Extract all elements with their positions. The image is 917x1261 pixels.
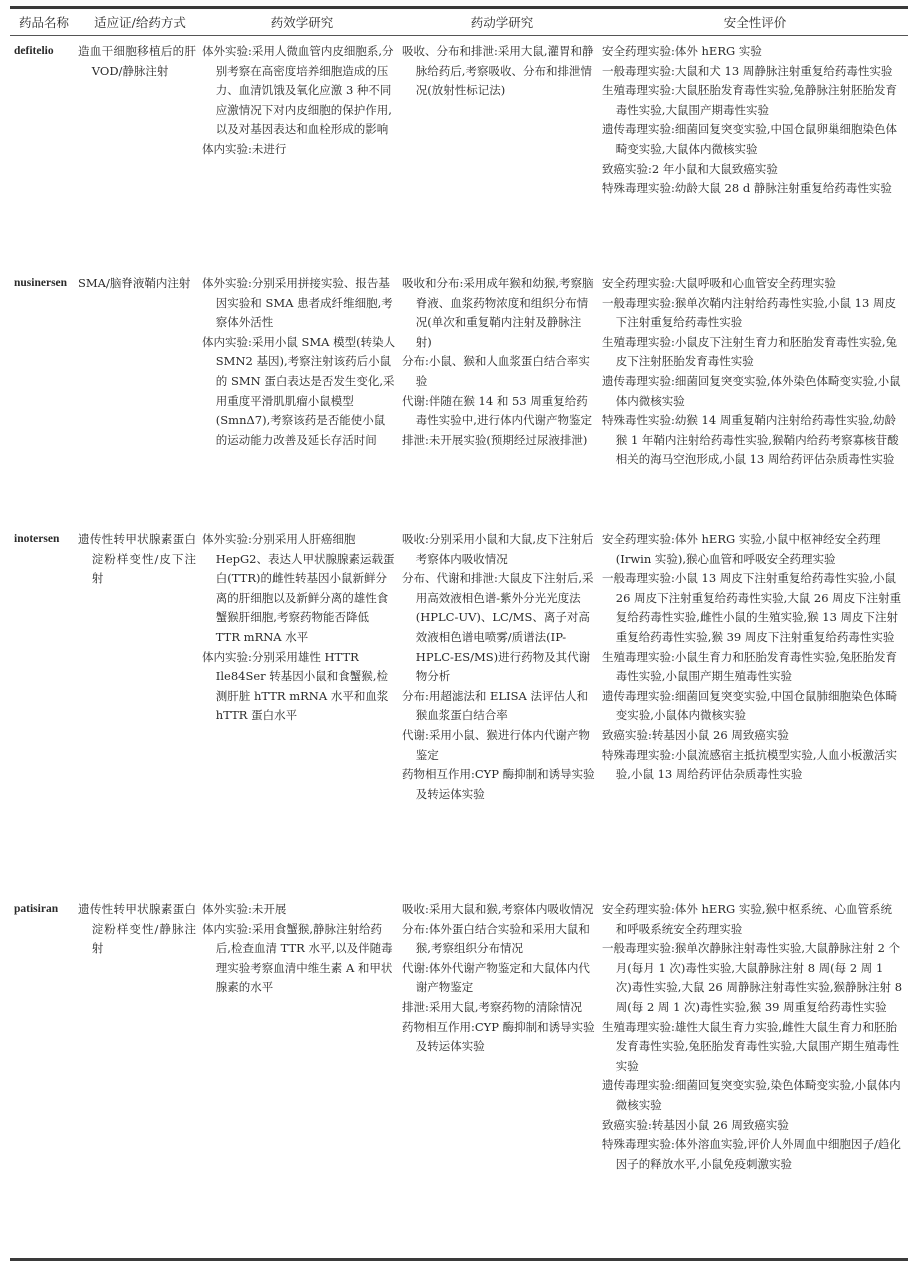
safety-item: 特殊毒理实验:小鼠流感宿主抵抗模型实验,人血小板激活实验,小鼠 13 周给药评估… [602, 746, 902, 785]
safety-cell: 安全药理实验:体外 hERG 实验一般毒理实验:大鼠和犬 13 周静脉注射重复给… [602, 42, 908, 274]
pk-item: 吸收、分布和排泄:采用大鼠,灌胃和静脉给药后,考察吸收、分布和排泄情况(放射性标… [402, 42, 596, 101]
pk-item: 代谢:体外代谢产物鉴定和大鼠体内代谢产物鉴定 [402, 959, 596, 998]
drug-study-table: 药品名称 适应证/给药方式 药效学研究 药动学研究 安全性评价 defiteli… [10, 6, 908, 1225]
pk-item: 吸收:分别采用小鼠和大鼠,皮下注射后考察体内吸收情况 [402, 530, 596, 569]
safety-item: 遗传毒理实验:细菌回复突变实验,染色体畸变实验,小鼠体内微核实验 [602, 1076, 902, 1115]
table-row: inotersen遗传性转甲状腺素蛋白淀粉样变性/皮下注射体外实验:分别采用人肝… [10, 530, 908, 900]
safety-item: 遗传毒理实验:细菌回复突变实验,中国仓鼠卵巢细胞染色体畸变实验,大鼠体内微核实验 [602, 120, 902, 159]
safety-cell: 安全药理实验:体外 hERG 实验,小鼠中枢神经安全药理(Irwin 实验),猴… [602, 530, 908, 900]
pk-item: 排泄:未开展实验(预期经过尿液排泄) [402, 431, 596, 451]
header-pharmacodynamics: 药效学研究 [202, 13, 402, 31]
safety-item: 安全药理实验:大鼠呼吸和心血管安全药理实验 [602, 274, 902, 294]
safety-item: 一般毒理实验:小鼠 13 周皮下注射重复给药毒性实验,小鼠 26 周皮下注射重复… [602, 569, 902, 647]
safety-item: 安全药理实验:体外 hERG 实验 [602, 42, 902, 62]
safety-item: 一般毒理实验:大鼠和犬 13 周静脉注射重复给药毒性实验 [602, 62, 902, 82]
header-indication: 适应证/给药方式 [78, 13, 202, 31]
pk-item: 吸收和分布:采用成年猴和幼猴,考察脑脊液、血浆药物浓度和组织分布情况(单次和重复… [402, 274, 596, 352]
safety-cell: 安全药理实验:体外 hERG 实验,猴中枢系统、心血管系统和呼吸系统安全药理实验… [602, 900, 908, 1225]
drug-name: patisiran [10, 900, 78, 1225]
pd-item: 体外实验:未开展 [202, 900, 396, 920]
pk-item: 排泄:采用大鼠,考察药物的清除情况 [402, 998, 596, 1018]
pd-cell: 体外实验:未开展体内实验:采用食蟹猴,静脉注射给药后,检查血清 TTR 水平,以… [202, 900, 402, 1225]
safety-item: 遗传毒理实验:细菌回复突变实验,中国仓鼠肺细胞染色体畸变实验,小鼠体内微核实验 [602, 687, 902, 726]
safety-item: 安全药理实验:体外 hERG 实验,猴中枢系统、心血管系统和呼吸系统安全药理实验 [602, 900, 902, 939]
safety-item: 生殖毒理实验:雄性大鼠生育力实验,雌性大鼠生育力和胚胎发育毒性实验,兔胚胎发育毒… [602, 1018, 902, 1077]
safety-item: 生殖毒理实验:小鼠皮下注射生育力和胚胎发育毒性实验,兔皮下注射胚胎发育毒性实验 [602, 333, 902, 372]
pk-cell: 吸收:采用大鼠和猴,考察体内吸收情况分布:体外蛋白结合实验和采用大鼠和猴,考察组… [402, 900, 602, 1225]
pk-item: 代谢:伴随在猴 14 和 53 周重复给药毒性实验中,进行体内代谢产物鉴定 [402, 392, 596, 431]
pd-cell: 体外实验:分别采用拼接实验、报告基因实验和 SMA 患者成纤维细胞,考察体外活性… [202, 274, 402, 530]
safety-item: 致癌实验:2 年小鼠和大鼠致癌实验 [602, 160, 902, 180]
pd-item: 体内实验:采用食蟹猴,静脉注射给药后,检查血清 TTR 水平,以及伴随毒理实验考… [202, 920, 396, 998]
indication-route: 遗传性转甲状腺素蛋白淀粉样变性/静脉注射 [78, 900, 202, 1225]
safety-item: 生殖毒理实验:小鼠生育力和胚胎发育毒性实验,兔胚胎发育毒性实验,小鼠围产期生殖毒… [602, 648, 902, 687]
pk-item: 分布:小鼠、猴和人血浆蛋白结合率实验 [402, 352, 596, 391]
pk-cell: 吸收、分布和排泄:采用大鼠,灌胃和静脉给药后,考察吸收、分布和排泄情况(放射性标… [402, 42, 602, 274]
safety-item: 安全药理实验:体外 hERG 实验,小鼠中枢神经安全药理(Irwin 实验),猴… [602, 530, 902, 569]
pk-item: 代谢:采用小鼠、猴进行体内代谢产物鉴定 [402, 726, 596, 765]
table-row: nusinersenSMA/脑脊液鞘内注射体外实验:分别采用拼接实验、报告基因实… [10, 274, 908, 530]
pk-item: 药物相互作用:CYP 酶抑制和诱导实验及转运体实验 [402, 1018, 596, 1057]
table-header: 药品名称 适应证/给药方式 药效学研究 药动学研究 安全性评价 [10, 9, 908, 35]
header-pharmacokinetics: 药动学研究 [402, 13, 602, 31]
pk-item: 分布:体外蛋白结合实验和采用大鼠和猴,考察组织分布情况 [402, 920, 596, 959]
safety-item: 特殊毒性实验:幼猴 14 周重复鞘内注射给药毒性实验,幼龄猴 1 年鞘内注射给药… [602, 411, 902, 470]
pd-cell: 体外实验:采用人微血管内皮细胞系,分别考察在高密度培养细胞造成的压力、血清饥饿及… [202, 42, 402, 274]
indication-route: SMA/脑脊液鞘内注射 [78, 274, 202, 530]
table-row: defitelio造血干细胞移植后的肝 VOD/静脉注射体外实验:采用人微血管内… [10, 42, 908, 274]
indication-route: 遗传性转甲状腺素蛋白淀粉样变性/皮下注射 [78, 530, 202, 900]
safety-item: 特殊毒理实验:体外溶血实验,评价人外周血中细胞因子/趋化因子的释放水平,小鼠免疫… [602, 1135, 902, 1174]
pd-item: 体内实验:采用小鼠 SMA 模型(转染人 SMN2 基因),考察注射该药后小鼠的… [202, 333, 396, 451]
pk-cell: 吸收:分别采用小鼠和大鼠,皮下注射后考察体内吸收情况分布、代谢和排泄:大鼠皮下注… [402, 530, 602, 900]
safety-item: 一般毒理实验:猴单次静脉注射毒性实验,大鼠静脉注射 2 个月(每月 1 次)毒性… [602, 939, 902, 1017]
header-safety: 安全性评价 [602, 13, 908, 31]
pk-item: 分布:用超滤法和 ELISA 法评估人和猴血浆蛋白结合率 [402, 687, 596, 726]
pd-cell: 体外实验:分别采用人肝癌细胞 HepG2、表达人甲状腺腺素运载蛋白(TTR)的雌… [202, 530, 402, 900]
pk-item: 吸收:采用大鼠和猴,考察体内吸收情况 [402, 900, 596, 920]
table-body: defitelio造血干细胞移植后的肝 VOD/静脉注射体外实验:采用人微血管内… [10, 36, 908, 1225]
safety-item: 一般毒理实验:猴单次鞘内注射给药毒性实验,小鼠 13 周皮下注射重复给药毒性实验 [602, 294, 902, 333]
safety-item: 遗传毒理实验:细菌回复突变实验,体外染色体畸变实验,小鼠体内微核实验 [602, 372, 902, 411]
pd-item: 体内实验:分别采用雄性 HTTR Ile84Ser 转基因小鼠和食蟹猴,检测肝脏… [202, 648, 396, 726]
safety-cell: 安全药理实验:大鼠呼吸和心血管安全药理实验一般毒理实验:猴单次鞘内注射给药毒性实… [602, 274, 908, 530]
pd-item: 体外实验:采用人微血管内皮细胞系,分别考察在高密度培养细胞造成的压力、血清饥饿及… [202, 42, 396, 140]
safety-item: 生殖毒理实验:大鼠胚胎发育毒性实验,兔静脉注射胚胎发育毒性实验,大鼠围产期毒性实… [602, 81, 902, 120]
pd-item: 体外实验:分别采用人肝癌细胞 HepG2、表达人甲状腺腺素运载蛋白(TTR)的雌… [202, 530, 396, 648]
indication-route: 造血干细胞移植后的肝 VOD/静脉注射 [78, 42, 202, 274]
pk-item: 药物相互作用:CYP 酶抑制和诱导实验及转运体实验 [402, 765, 596, 804]
safety-item: 致癌实验:转基因小鼠 26 周致癌实验 [602, 1116, 902, 1136]
header-drug: 药品名称 [10, 13, 78, 31]
drug-name: nusinersen [10, 274, 78, 530]
pd-item: 体内实验:未进行 [202, 140, 396, 160]
drug-name: defitelio [10, 42, 78, 274]
pd-item: 体外实验:分别采用拼接实验、报告基因实验和 SMA 患者成纤维细胞,考察体外活性 [202, 274, 396, 333]
table-row: patisiran遗传性转甲状腺素蛋白淀粉样变性/静脉注射体外实验:未开展体内实… [10, 900, 908, 1225]
drug-name: inotersen [10, 530, 78, 900]
pk-item: 分布、代谢和排泄:大鼠皮下注射后,采用高效液相色谱-紫外分光光度法(HPLC-U… [402, 569, 596, 687]
pk-cell: 吸收和分布:采用成年猴和幼猴,考察脑脊液、血浆药物浓度和组织分布情况(单次和重复… [402, 274, 602, 530]
safety-item: 特殊毒理实验:幼龄大鼠 28 d 静脉注射重复给药毒性实验 [602, 179, 902, 199]
safety-item: 致癌实验:转基因小鼠 26 周致癌实验 [602, 726, 902, 746]
